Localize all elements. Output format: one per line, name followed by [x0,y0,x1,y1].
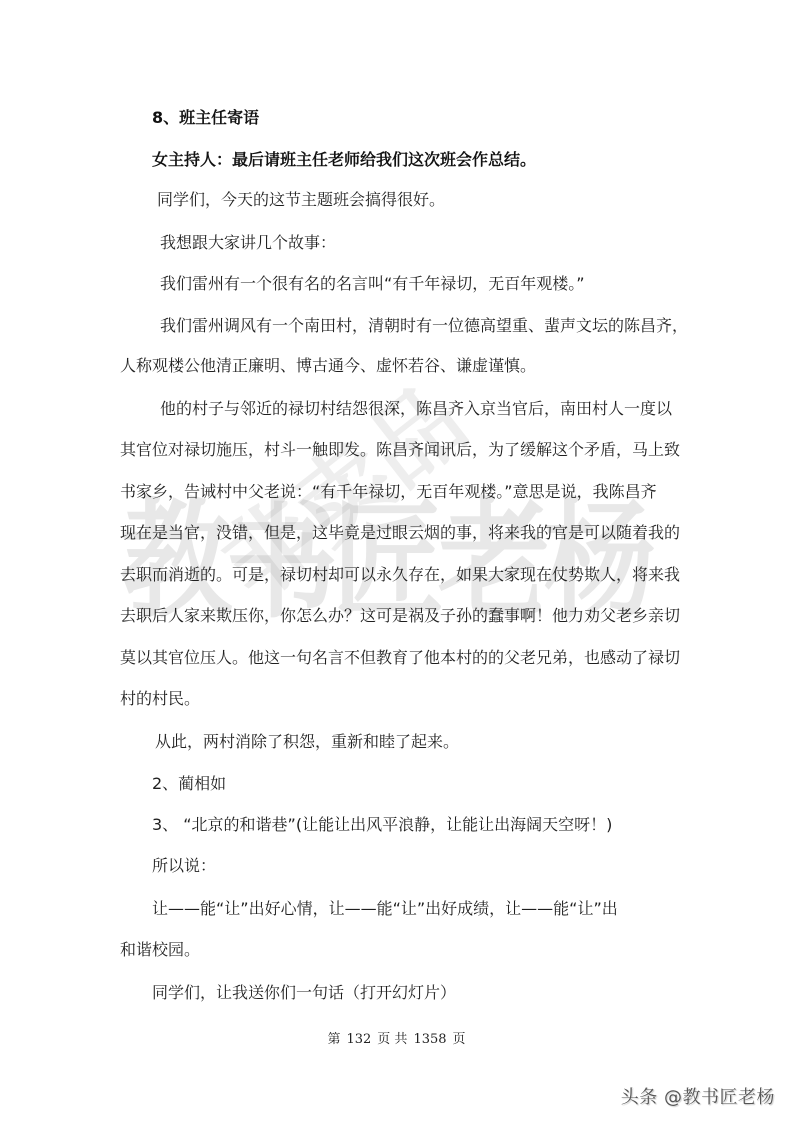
paragraph-line: 所以说： [152,856,216,876]
list-item: 2、蔺相如 [152,774,226,794]
paragraph-line: 从此，两村消除了积怨，重新和睦了起来。 [155,732,459,752]
paragraph-line: 其官位对禄切施压，村斗一触即发。陈昌齐闻讯后，为了缓解这个矛盾，马上致 [120,440,680,460]
paragraph-line: 他的村子与邻近的禄切村结怨很深，陈昌齐入京当官后，南田村人一度以 [160,399,672,419]
paragraph-line: 人称观楼公他清正廉明、博古通今、虚怀若谷、谦虚谨慎。 [120,356,536,376]
paragraph-line: 我们雷州有一个很有名的名言叫“有千年禄切，无百年观楼。” [160,274,585,294]
list-item: 3、 “北京的和谐巷”(让能让出风平浪静，让能让出海阔天空呀！) [152,815,612,835]
host-line: 女主持人：最后请班主任老师给我们这次班会作总结。 [152,150,536,170]
paragraph-line: 同学们，今天的这节主题班会搞得很好。 [157,190,445,210]
source-credit: 头条 @教书匠老杨 [621,1083,775,1109]
current-page: 132 [346,1032,371,1047]
paragraph-line: 同学们，让我送你们一句话（打开幻灯片） [152,983,456,1003]
paragraph-line: 去职而消逝的。可是，禄切村却可以永久存在，如果大家现在仗势欺人，将来我 [120,565,680,585]
page-mid: 页 共 [377,1032,407,1047]
paragraph-line: 去职后人家来欺压你，你怎么办？这可是祸及子孙的蠢事啊！他力劝父老乡亲切 [120,606,680,626]
paragraph-line: 我想跟大家讲几个故事： [160,233,336,253]
page-number: 第132页 共1358页 [0,1028,793,1047]
paragraph-line: 让——能“让”出好心情，让——能“让”出好成绩，让——能“让”出 [152,899,618,919]
total-pages: 1358 [413,1032,446,1047]
section-heading: 8、班主任寄语 [152,108,259,128]
paragraph-line: 莫以其官位压人。他这一句名言不但教育了他本村的的父老兄弟，也感动了禄切 [120,648,680,668]
document-page: 教书匠老杨 非卖品 8、班主任寄语 女主持人：最后请班主任老师给我们这次班会作总… [0,0,793,1122]
paragraph-line: 书家乡，告诫村中父老说：“有千年禄切，无百年观楼。”意思是说，我陈昌齐 [120,482,657,502]
paragraph-line: 现在是当官，没错，但是，这毕竟是过眼云烟的事，将来我的官是可以随着我的 [120,523,680,543]
page-suffix: 页 [453,1032,466,1047]
paragraph-line: 和谐校园。 [120,940,200,960]
paragraph-line: 村的村民。 [120,689,200,709]
paragraph-line: 我们雷州调风有一个南田村，清朝时有一位德高望重、蜚声文坛的陈昌齐， [160,316,688,336]
page-prefix: 第 [327,1032,340,1047]
